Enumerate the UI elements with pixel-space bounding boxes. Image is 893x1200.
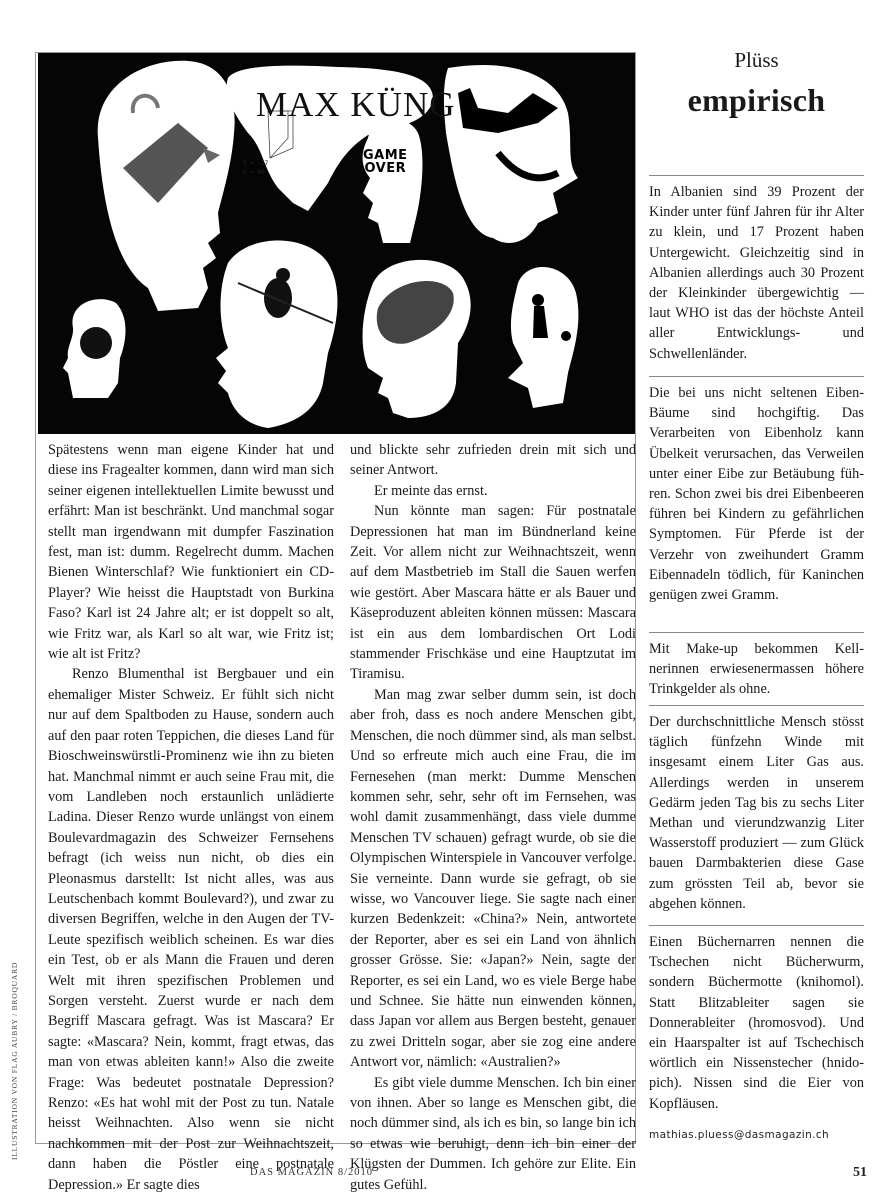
column-title: empirisch — [649, 82, 864, 119]
fact-item: In Albanien sind 39 Prozent der Kinder u… — [649, 175, 864, 364]
article-column-left: Spätestens wenn man eigene Kinder hat un… — [48, 440, 334, 1195]
illustration-credit: ILLUSTRATION VON FLAG AUBRY / BROQUARD — [10, 962, 19, 1160]
article-column-middle: und blickte sehr zufrieden drein mit sic… — [350, 440, 636, 1195]
article-paragraph: Spätestens wenn man eigene Kinder hat un… — [48, 440, 334, 664]
illustration-title: MAX KÜNG — [256, 85, 456, 125]
fact-item: Der durchschnittliche Mensch stösst tägl… — [649, 705, 864, 914]
article-paragraph: und blickte sehr zufrieden drein mit sic… — [350, 440, 636, 481]
article-paragraph: Renzo Blumenthal ist Bergbauer und ein e… — [48, 664, 334, 1195]
footer-magazine-issue: DAS MAGAZIN 8/2010 — [250, 1167, 373, 1178]
equation-line-1: E = -17 — [243, 159, 268, 168]
fact-item: Die bei uns nicht seltenen Eiben-Bäume s… — [649, 376, 864, 605]
author-email-link[interactable]: mathias.pluess@dasmagazin.ch — [649, 1129, 829, 1141]
game-over-text: GAME OVER — [363, 149, 408, 175]
article-paragraph: Er meinte das ernst. — [350, 481, 636, 501]
fact-item: Mit Make-up bekommen Kell­nerinnen erwie… — [649, 632, 864, 700]
game-over-line-2: OVER — [363, 162, 408, 175]
fact-item: Einen Büchernarren nennen die Tschechen … — [649, 925, 864, 1114]
page-number: 51 — [853, 1165, 867, 1181]
article-paragraph: Nun könnte man sagen: Für postnatale Dep… — [350, 501, 636, 685]
article-paragraph: Es gibt viele dumme Menschen. Ich bin ei… — [350, 1073, 636, 1195]
illustration-equation: E = -17 D = 80 — [243, 159, 268, 177]
column-author: Plüss — [649, 48, 864, 73]
article-paragraph: Man mag zwar selber dumm sein, ist doch … — [350, 685, 636, 1073]
illustration-heads-collage: MAX KÜNG E = -17 D = 80 GAME OVER — [38, 53, 635, 434]
equation-line-2: D = 80 — [243, 168, 268, 177]
